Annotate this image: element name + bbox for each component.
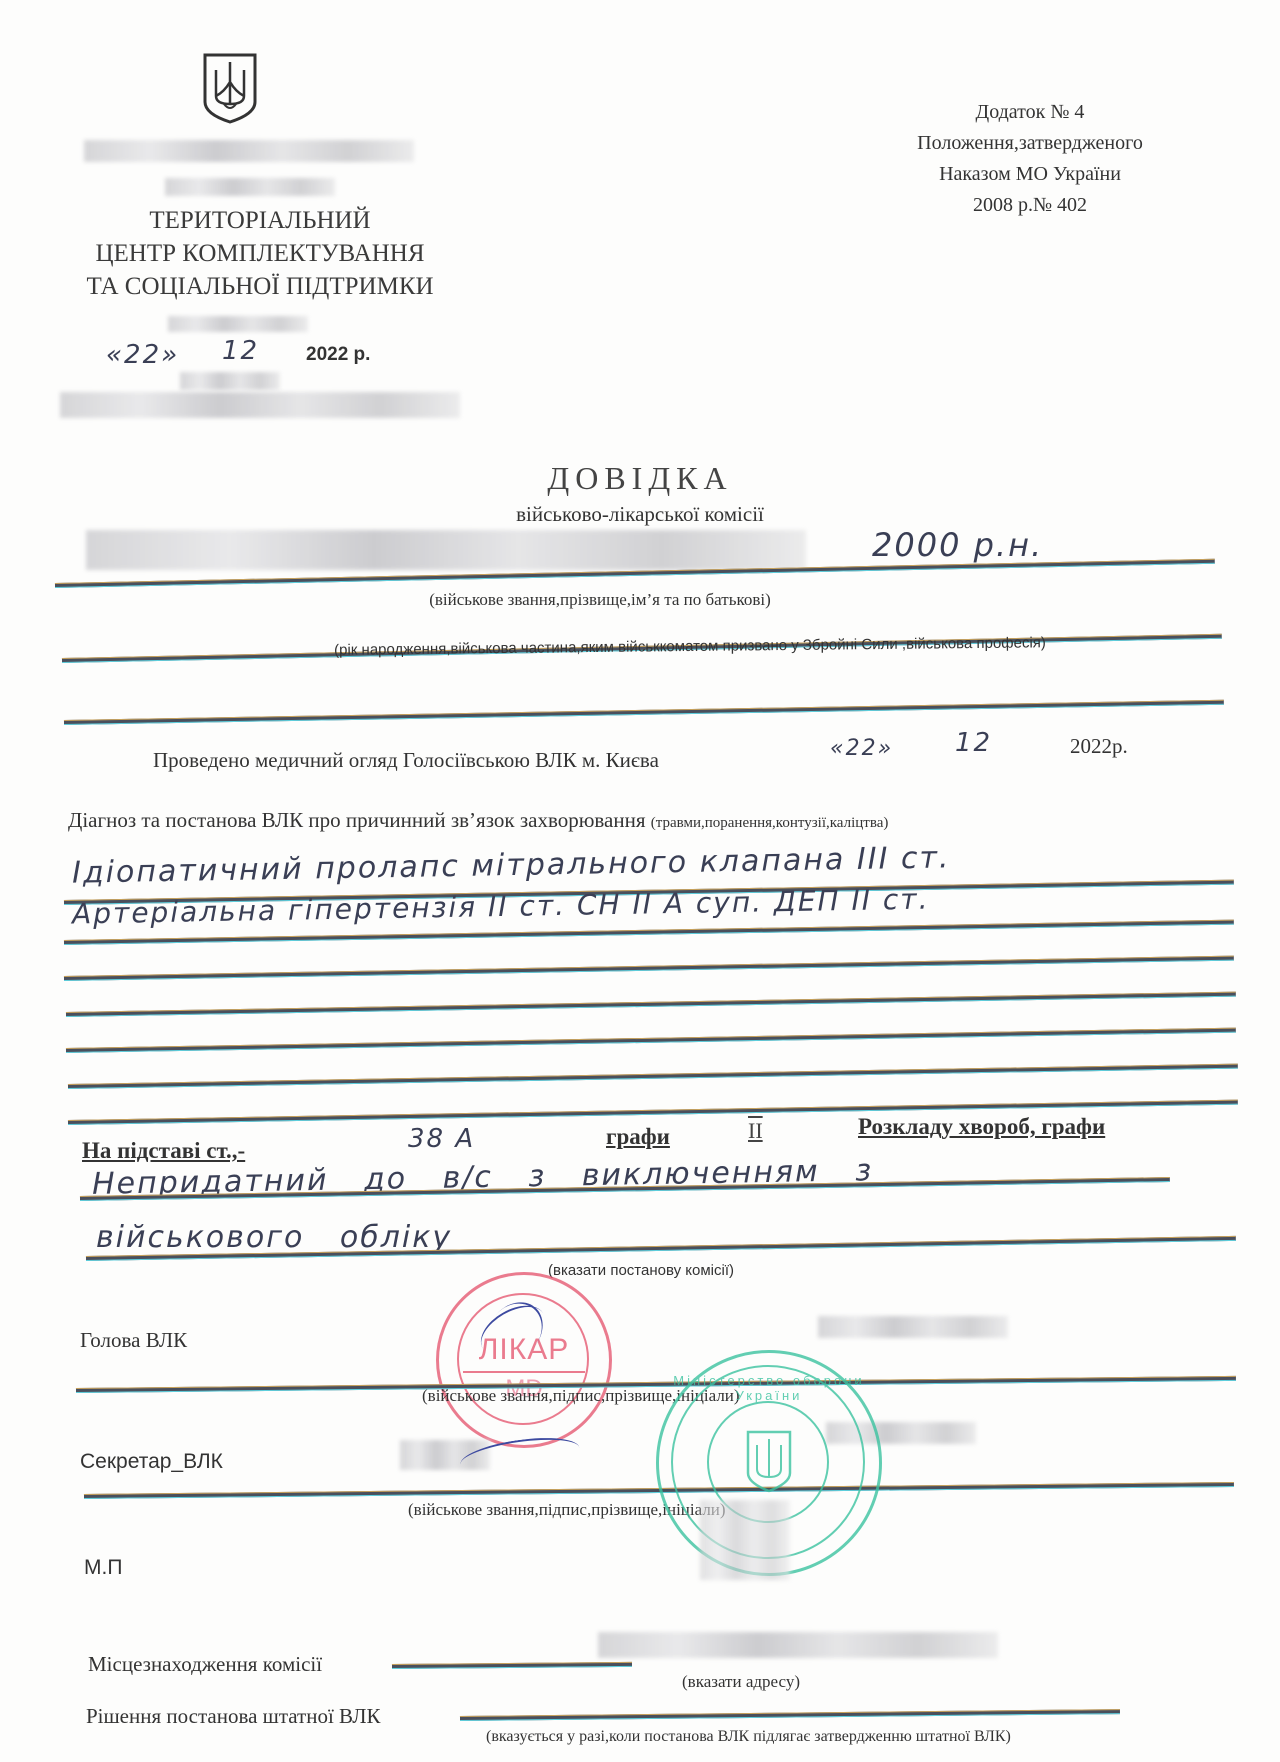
birth-year-handwritten: 2000 р.н.	[872, 526, 1043, 564]
location-label: Місцезнаходження комісії	[88, 1652, 322, 1677]
basis-graph: II	[748, 1118, 763, 1144]
appendix-block: Додаток № 4 Положення,затвердженого Нака…	[880, 97, 1180, 221]
redacted-text	[168, 316, 308, 332]
exam-day: «22»	[830, 736, 893, 761]
diagnosis-rule	[66, 1028, 1236, 1053]
redacted-text	[180, 372, 280, 390]
stamp-bar	[463, 1371, 585, 1373]
exam-month: 12	[955, 728, 992, 758]
diagnosis-line-1: Ідіопатичний пролапс мітрального клапана…	[72, 840, 951, 890]
exam-year: 2022р.	[1070, 734, 1128, 759]
secretary-label: Секретар_ВЛК	[80, 1450, 223, 1474]
appendix-line: 2008 р.№ 402	[880, 190, 1180, 221]
redacted-name	[818, 1316, 1008, 1338]
diagnosis-line-2: Артеріальна гіпертензія II ст. СН II А с…	[72, 883, 930, 931]
org-name: ТЕРИТОРІАЛЬНИЙ ЦЕНТР КОМПЛЕКТУВАННЯ ТА С…	[60, 204, 460, 303]
details-caption: (рік народження,військова частина,яким в…	[240, 633, 1140, 659]
red-doctor-stamp: ЛІКАР MD	[436, 1272, 612, 1448]
diagnosis-rule	[68, 1064, 1238, 1089]
org-line: ТА СОЦІАЛЬНОЇ ПІДТРИМКИ	[60, 270, 460, 303]
org-line: ЦЕНТР КОМПЛЕКТУВАННЯ	[60, 237, 460, 270]
redacted-name	[86, 530, 806, 570]
trident-icon	[745, 1429, 793, 1493]
basis-suffix: Розкладу хвороб, графи	[858, 1114, 1105, 1140]
location-caption: (вказати адресу)	[682, 1672, 800, 1692]
location-rule	[392, 1662, 632, 1669]
redacted-text	[84, 140, 414, 162]
decision-staff-label: Рішення постанова штатної ВЛК	[86, 1704, 381, 1729]
decision-staff-caption: (вказується у разі,коли постанова ВЛК пі…	[486, 1728, 1011, 1746]
diagnosis-label: Діагноз та постанова ВЛК про причинний з…	[68, 808, 888, 833]
redacted-text	[60, 392, 460, 418]
appendix-line: Додаток № 4	[880, 97, 1180, 128]
decision-staff-rule	[460, 1709, 1120, 1721]
redacted-text	[700, 1500, 790, 1580]
basis-prefix: На підставі ст.,-	[82, 1138, 245, 1164]
header-date-day: «22»	[106, 340, 179, 370]
org-line: ТЕРИТОРІАЛЬНИЙ	[60, 204, 460, 237]
document-subtitle: військово-лікарської комісії	[440, 502, 840, 527]
stamp-text: Міністерство оборони України	[659, 1373, 879, 1403]
blank-line	[64, 700, 1224, 725]
document-title: ДОВІДКА	[440, 460, 840, 497]
diagnosis-rule	[64, 956, 1234, 981]
header-date-year: 2022 р.	[306, 344, 370, 366]
decision-caption: (вказати постанову комісії)	[548, 1262, 734, 1279]
redacted-text	[165, 178, 335, 196]
name-caption: (військове звання,прізвище,ім’я та по ба…	[340, 590, 860, 610]
ukraine-trident-emblem	[202, 52, 258, 124]
diagnosis-rule	[66, 992, 1236, 1017]
basis-article: 38 А	[408, 1124, 475, 1154]
diagnosis-label-note: (травми,поранення,контузії,каліцтва)	[651, 815, 889, 831]
header-date-month: 12	[222, 336, 259, 366]
appendix-line: Наказом МО України	[880, 159, 1180, 190]
redacted-address	[598, 1632, 998, 1658]
diagnosis-label-text: Діагноз та постанова ВЛК про причинний з…	[68, 808, 646, 832]
exam-text: Проведено медичний огляд Голосіївською В…	[153, 748, 659, 773]
appendix-line: Положення,затвердженого	[880, 128, 1180, 159]
head-label: Голова ВЛК	[80, 1328, 187, 1353]
seal-label: М.П	[84, 1556, 122, 1580]
basis-graph-label: графи	[606, 1124, 670, 1150]
